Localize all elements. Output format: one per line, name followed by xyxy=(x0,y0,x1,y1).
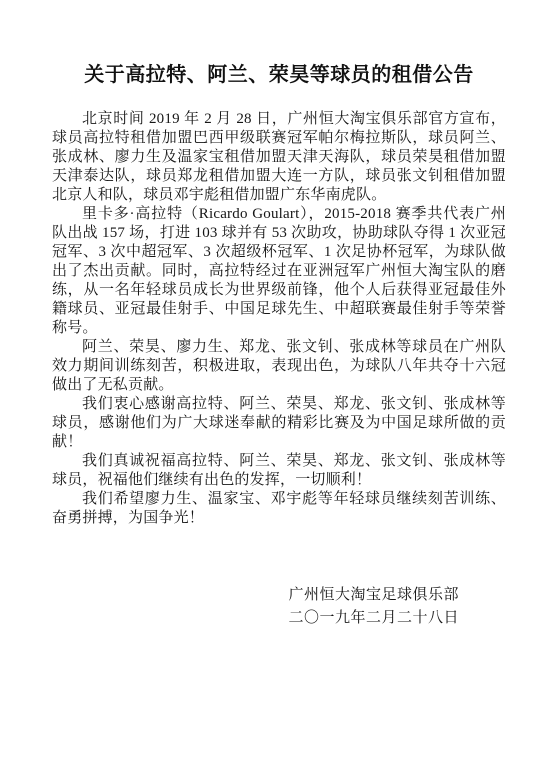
document-title: 关于高拉特、阿兰、荣昊等球员的租借公告 xyxy=(52,62,506,89)
paragraph-wishes: 我们真诚祝福高拉特、阿兰、荣昊、郑龙、张文钊、张成林等球员，祝福他们继续有出色的… xyxy=(52,452,506,490)
document-content: 关于高拉特、阿兰、荣昊等球员的租借公告 北京时间 2019 年 2 月 28 日… xyxy=(52,62,506,630)
signature-organization: 广州恒大淘宝足球俱乐部 xyxy=(52,584,459,607)
paragraph-announcement: 北京时间 2019 年 2 月 28 日，广州恒大淘宝俱乐部官方宣布，球员高拉特… xyxy=(52,110,506,205)
signature-block: 广州恒大淘宝足球俱乐部 二〇一九年二月二十八日 xyxy=(52,584,506,630)
paragraph-players-contribution: 阿兰、荣昊、廖力生、郑龙、张文钊、张成林等球员在广州队效力期间训练刻苦，积极进取… xyxy=(52,338,506,395)
document-body: 北京时间 2019 年 2 月 28 日，广州恒大淘宝俱乐部官方宣布，球员高拉特… xyxy=(52,110,506,528)
paragraph-goulart-career: 里卡多·高拉特（Ricardo Goulart），2015-2018 赛季共代表… xyxy=(52,205,506,338)
paragraph-young-players: 我们希望廖力生、温家宝、邓宇彪等年轻球员继续刻苦训练、奋勇拼搏，为国争光！ xyxy=(52,490,506,528)
document-page: 关于高拉特、阿兰、荣昊等球员的租借公告 北京时间 2019 年 2 月 28 日… xyxy=(0,0,550,778)
paragraph-thanks: 我们衷心感谢高拉特、阿兰、荣昊、郑龙、张文钊、张成林等球员，感谢他们为广大球迷奉… xyxy=(52,395,506,452)
signature-date: 二〇一九年二月二十八日 xyxy=(52,607,459,630)
